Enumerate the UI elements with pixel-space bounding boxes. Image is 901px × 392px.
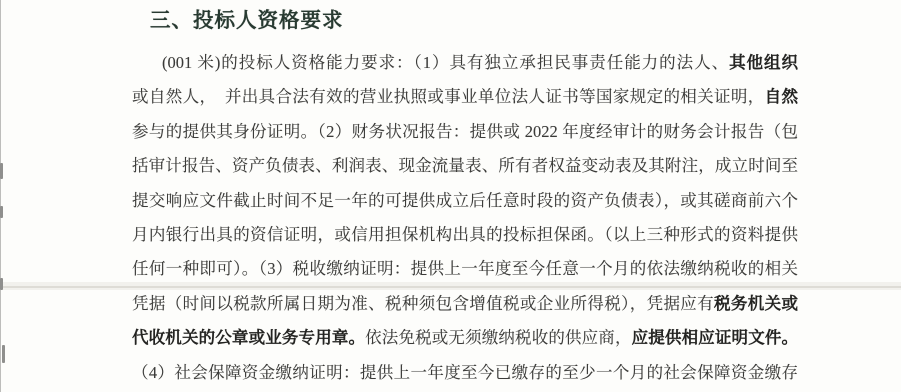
document-page: 三、投标人资格要求 (001 米)的投标人资格能力要求：（1）具有独立承担民事责…: [0, 0, 901, 392]
text-line: （4）社会保障资金缴纳证明：提供上一年度至今已缴存的至少一个月的社会保障资金缴存: [132, 356, 798, 390]
scan-edge-mark: [2, 345, 5, 363]
text-line: 提交响应文件截止时间不足一年的可提供成立后任意时段的资产负债表），或其磋商前六个: [132, 184, 798, 218]
body-text: 括审计报告、资产负债表、利润表、现金流量表、所有者权益变动表及其附注，成立时间至: [132, 156, 798, 175]
text-line: (001 米)的投标人资格能力要求：（1）具有独立承担民事责任能力的法人、其他组…: [132, 46, 798, 80]
scan-edge-mark: [0, 163, 3, 179]
text-line: 月内银行出具的资信证明，或信用担保机构出具的投标担保函。（以上三种形式的资料提供: [132, 218, 798, 252]
body-text: 提交响应文件截止时间不足一年的可提供成立后任意时段的资产负债表），或其磋商前六个: [132, 191, 798, 210]
emphasis-text: 其他组织: [729, 53, 798, 72]
scan-edge-mark: [0, 278, 3, 290]
body-text: 依法免税或无须缴纳税收的供应商，: [365, 328, 631, 347]
text-line: 参与的提供其身份证明。（2）财务状况报告：提供或 2022 年度经审计的财务会计…: [132, 115, 798, 149]
body-text: (001 米)的投标人资格能力要求：（1）具有独立承担民事责任能力的法人、: [162, 53, 729, 72]
emphasis-text: 税务机关或: [714, 294, 798, 313]
text-line: 括审计报告、资产负债表、利润表、现金流量表、所有者权益变动表及其附注，成立时间至: [132, 149, 798, 183]
text-line: 凭据（时间以税款所属日期为准、税种须包含增值税或企业所得税），凭据应有税务机关或: [132, 287, 798, 321]
scan-edge-mark: [0, 206, 3, 218]
scan-left-edge-line: [0, 0, 1, 392]
body-text: 任何一种即可）。（3）税收缴纳证明：提供上一年度至今任意一个月的依法缴纳税收的相…: [132, 259, 798, 278]
scan-seam-line: [0, 286, 901, 288]
body-text: （4）社会保障资金缴纳证明：提供上一年度至今已缴存的至少一个月的社会保障资金缴存: [132, 363, 798, 382]
section-heading: 三、投标人资格要求: [150, 3, 344, 33]
body-text: 参与的提供其身份证明。（2）财务状况报告：提供或 2022 年度经审计的财务会计…: [132, 122, 798, 141]
text-line: 或自然人， 并出具合法有效的营业执照或事业单位法人证书等国家规定的相关证明，自然…: [132, 80, 798, 114]
text-line: 代收机关的公章或业务专用章。依法免税或无须缴纳税收的供应商，应提供相应证明文件。: [132, 321, 798, 355]
emphasis-text: 应提供相应证明文件。: [632, 328, 798, 347]
body-text: 或自然人， 并出具合法有效的营业执照或事业单位法人证书等国家规定的相关证明，: [132, 87, 765, 106]
body-text: 凭据（时间以税款所属日期为准、税种须包含增值税或企业所得税），凭据应有: [132, 294, 714, 313]
body-text: 月内银行出具的资信证明，或信用担保机构出具的投标担保函。（以上三种形式的资料提供: [132, 225, 798, 244]
emphasis-text: 代收机关的公章或业务专用章。: [132, 328, 365, 347]
paragraph: (001 米)的投标人资格能力要求：（1）具有独立承担民事责任能力的法人、其他组…: [132, 46, 798, 390]
